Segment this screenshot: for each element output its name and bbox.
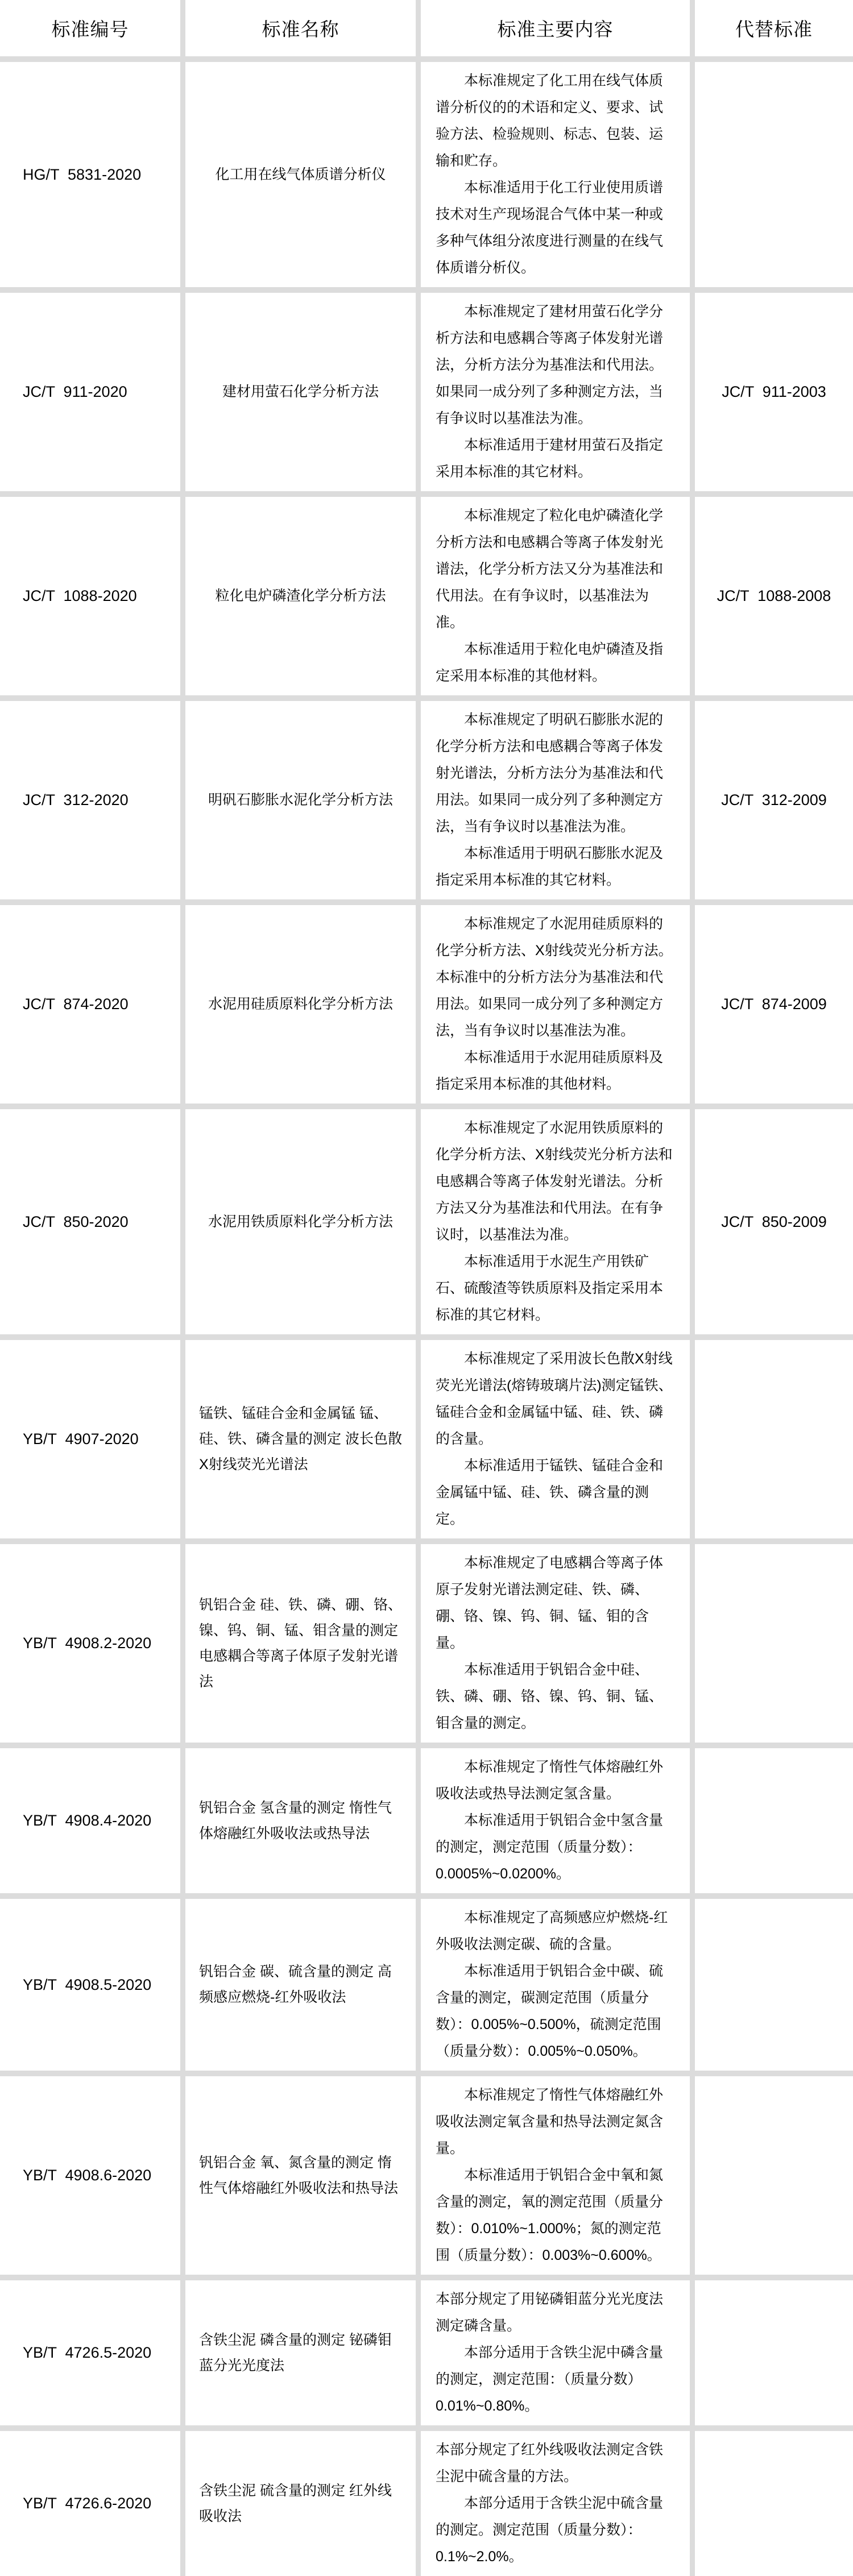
standard-content-cell: 本标准规定了水泥用硅质原料的化学分析方法、X射线荧光分析方法。本标准中的分析方法… bbox=[421, 905, 690, 1104]
replaced-standard-cell bbox=[695, 1544, 853, 1743]
standard-name-cell: 化工用在线气体质谱分析仪 bbox=[185, 62, 416, 287]
replaced-standard-cell bbox=[695, 2280, 853, 2425]
replaced-standard-cell: JC/T 911-2003 bbox=[695, 293, 853, 491]
replaced-standard-cell: JC/T 312-2009 bbox=[695, 701, 853, 899]
content-paragraph: 本标准适用于锰铁、锰硅合金和金属锰中锰、硅、铁、磷含量的测定。 bbox=[436, 1453, 675, 1533]
standard-content-cell: 本部分规定了用铋磷钼蓝分光光度法测定磷含量。 本部分适用于含铁尘泥中磷含量的测定… bbox=[421, 2280, 690, 2425]
standard-name-cell: 明矾石膨胀水泥化学分析方法 bbox=[185, 701, 416, 899]
content-paragraph: 本部分适用于含铁尘泥中硫含量的测定。测定范围（质量分数）：0.1%~2.0%。 bbox=[436, 2490, 675, 2570]
standard-name-cell: 钒铝合金 氢含量的测定 惰性气体熔融红外吸收法或热导法 bbox=[185, 1748, 416, 1893]
standard-content-cell: 本标准规定了水泥用铁质原料的化学分析方法、X射线荧光分析方法和电感耦合等离子体发… bbox=[421, 1109, 690, 1334]
standard-content-cell: 本标准规定了建材用萤石化学分析方法和电感耦合等离子体发射光谱法，分析方法分为基准… bbox=[421, 293, 690, 491]
standard-content-cell: 本标准规定了惰性气体熔融红外吸收法或热导法测定氢含量。 本标准适用于钒铝合金中氢… bbox=[421, 1748, 690, 1893]
standard-content-cell: 本标准规定了采用波长色散X射线荧光光谱法(熔铸玻璃片法)测定锰铁、锰硅合金和金属… bbox=[421, 1340, 690, 1538]
standard-code-cell: HG/T 5831-2020 bbox=[0, 62, 180, 287]
standard-code-cell: JC/T 312-2020 bbox=[0, 701, 180, 899]
replaced-standard-cell: JC/T 850-2009 bbox=[695, 1109, 853, 1334]
content-paragraph: 本部分适用于含铁尘泥中磷含量的测定，测定范围：（质量分数）0.01%~0.80%… bbox=[436, 2339, 675, 2420]
standard-code-cell: JC/T 874-2020 bbox=[0, 905, 180, 1104]
content-paragraph: 本标准规定了水泥用硅质原料的化学分析方法、X射线荧光分析方法。本标准中的分析方法… bbox=[436, 911, 675, 1044]
standard-content-cell: 本标准规定了化工用在线气体质谱分析仪的的术语和定义、要求、试验方法、检验规则、标… bbox=[421, 62, 690, 287]
standard-code-cell: JC/T 911-2020 bbox=[0, 293, 180, 491]
standard-code-cell: YB/T 4908.4-2020 bbox=[0, 1748, 180, 1893]
replaced-standard-cell bbox=[695, 2076, 853, 2275]
content-paragraph: 本标准规定了明矾石膨胀水泥的化学分析方法和电感耦合等离子体发射光谱法，分析方法分… bbox=[436, 707, 675, 840]
standard-name-cell: 粒化电炉磷渣化学分析方法 bbox=[185, 497, 416, 695]
standard-name-cell: 锰铁、锰硅合金和金属锰 锰、硅、铁、磷含量的测定 波长色散X射线荧光光谱法 bbox=[185, 1340, 416, 1538]
standard-name-cell: 钒铝合金 硅、铁、磷、硼、铬、镍、钨、铜、锰、钼含量的测定 电感耦合等离子体原子… bbox=[185, 1544, 416, 1743]
content-paragraph: 本标准适用于建材用萤石及指定采用本标准的其它材料。 bbox=[436, 432, 675, 486]
content-paragraph: 本标准适用于粒化电炉磷渣及指定采用本标准的其他材料。 bbox=[436, 636, 675, 690]
content-paragraph: 本标准规定了化工用在线气体质谱分析仪的的术语和定义、要求、试验方法、检验规则、标… bbox=[436, 68, 675, 175]
content-paragraph: 本标准规定了高频感应炉燃烧-红外吸收法测定碳、硫的含量。 bbox=[436, 1905, 675, 1958]
standard-code-cell: YB/T 4908.2-2020 bbox=[0, 1544, 180, 1743]
header-cell-content: 标准主要内容 bbox=[421, 0, 690, 56]
header-cell-code: 标准编号 bbox=[0, 0, 180, 56]
replaced-standard-cell: JC/T 1088-2008 bbox=[695, 497, 853, 695]
standard-content-cell: 本标准规定了高频感应炉燃烧-红外吸收法测定碳、硫的含量。 本标准适用于钒铝合金中… bbox=[421, 1899, 690, 2071]
standard-content-cell: 本标准规定了电感耦合等离子体原子发射光谱法测定硅、铁、磷、硼、铬、镍、钨、铜、锰… bbox=[421, 1544, 690, 1743]
content-paragraph: 本标准适用于钒铝合金中碳、硫含量的测定，碳测定范围（质量分数）：0.005%~0… bbox=[436, 1958, 675, 2065]
content-paragraph: 本标准适用于钒铝合金中氧和氮含量的测定，氧的测定范围（质量分数）：0.010%~… bbox=[436, 2162, 675, 2269]
content-paragraph: 本标准规定了水泥用铁质原料的化学分析方法、X射线荧光分析方法和电感耦合等离子体发… bbox=[436, 1115, 675, 1248]
standards-table: 标准编号 标准名称 标准主要内容 代替标准 HG/T 5831-2020化工用在… bbox=[0, 0, 853, 2576]
replaced-standard-cell bbox=[695, 1899, 853, 2071]
standard-content-cell: 本标准规定了粒化电炉磷渣化学分析方法和电感耦合等离子体发射光谱法，化学分析方法又… bbox=[421, 497, 690, 695]
content-paragraph: 本标准规定了采用波长色散X射线荧光光谱法(熔铸玻璃片法)测定锰铁、锰硅合金和金属… bbox=[436, 1346, 675, 1453]
standard-name-cell: 钒铝合金 碳、硫含量的测定 高频感应燃烧-红外吸收法 bbox=[185, 1899, 416, 2071]
content-paragraph: 本标准适用于明矾石膨胀水泥及指定采用本标准的其它材料。 bbox=[436, 840, 675, 894]
header-cell-name: 标准名称 bbox=[185, 0, 416, 56]
standard-content-cell: 本标准规定了明矾石膨胀水泥的化学分析方法和电感耦合等离子体发射光谱法，分析方法分… bbox=[421, 701, 690, 899]
replaced-standard-cell bbox=[695, 1748, 853, 1893]
standard-code-cell: YB/T 4726.5-2020 bbox=[0, 2280, 180, 2425]
standard-code-cell: JC/T 850-2020 bbox=[0, 1109, 180, 1334]
standard-name-cell: 水泥用铁质原料化学分析方法 bbox=[185, 1109, 416, 1334]
replaced-standard-cell bbox=[695, 62, 853, 287]
content-paragraph: 本标准规定了惰性气体熔融红外吸收法测定氧含量和热导法测定氮含量。 bbox=[436, 2082, 675, 2162]
standard-content-cell: 本部分规定了红外线吸收法测定含铁尘泥中硫含量的方法。 本部分适用于含铁尘泥中硫含… bbox=[421, 2431, 690, 2576]
replaced-standard-cell: JC/T 874-2009 bbox=[695, 905, 853, 1104]
replaced-standard-cell bbox=[695, 2431, 853, 2576]
content-paragraph: 本标准适用于钒铝合金中氢含量的测定，测定范围（质量分数）：0.0005%~0.0… bbox=[436, 1807, 675, 1888]
standard-content-cell: 本标准规定了惰性气体熔融红外吸收法测定氧含量和热导法测定氮含量。 本标准适用于钒… bbox=[421, 2076, 690, 2275]
standard-name-cell: 水泥用硅质原料化学分析方法 bbox=[185, 905, 416, 1104]
replaced-standard-cell bbox=[695, 1340, 853, 1538]
standard-code-cell: YB/T 4907-2020 bbox=[0, 1340, 180, 1538]
standard-code-cell: YB/T 4726.6-2020 bbox=[0, 2431, 180, 2576]
standard-code-cell: YB/T 4908.6-2020 bbox=[0, 2076, 180, 2275]
content-paragraph: 本标准规定了建材用萤石化学分析方法和电感耦合等离子体发射光谱法，分析方法分为基准… bbox=[436, 298, 675, 432]
content-paragraph: 本标准规定了粒化电炉磷渣化学分析方法和电感耦合等离子体发射光谱法，化学分析方法又… bbox=[436, 503, 675, 636]
content-paragraph: 本标准适用于水泥用硅质原料及指定采用本标准的其他材料。 bbox=[436, 1044, 675, 1098]
standard-code-cell: JC/T 1088-2020 bbox=[0, 497, 180, 695]
content-paragraph: 本部分规定了红外线吸收法测定含铁尘泥中硫含量的方法。 bbox=[436, 2437, 675, 2490]
header-cell-replaced: 代替标准 bbox=[695, 0, 853, 56]
standard-name-cell: 钒铝合金 氧、氮含量的测定 惰性气体熔融红外吸收法和热导法 bbox=[185, 2076, 416, 2275]
content-paragraph: 本标准适用于钒铝合金中硅、铁、磷、硼、铬、镍、钨、铜、锰、钼含量的测定。 bbox=[436, 1657, 675, 1737]
content-paragraph: 本标准适用于水泥生产用铁矿石、硫酸渣等铁质原料及指定采用本标准的其它材料。 bbox=[436, 1248, 675, 1329]
standard-code-cell: YB/T 4908.5-2020 bbox=[0, 1899, 180, 2071]
content-paragraph: 本标准规定了电感耦合等离子体原子发射光谱法测定硅、铁、磷、硼、铬、镍、钨、铜、锰… bbox=[436, 1550, 675, 1657]
standard-name-cell: 含铁尘泥 硫含量的测定 红外线吸收法 bbox=[185, 2431, 416, 2576]
standards-page: 标准编号 标准名称 标准主要内容 代替标准 HG/T 5831-2020化工用在… bbox=[0, 0, 853, 2576]
standard-name-cell: 含铁尘泥 磷含量的测定 铋磷钼蓝分光光度法 bbox=[185, 2280, 416, 2425]
content-paragraph: 本部分规定了用铋磷钼蓝分光光度法测定磷含量。 bbox=[436, 2286, 675, 2339]
content-paragraph: 本标准适用于化工行业使用质谱技术对生产现场混合气体中某一种或多种气体组分浓度进行… bbox=[436, 175, 675, 281]
content-paragraph: 本标准规定了惰性气体熔融红外吸收法或热导法测定氢含量。 bbox=[436, 1754, 675, 1807]
standard-name-cell: 建材用萤石化学分析方法 bbox=[185, 293, 416, 491]
